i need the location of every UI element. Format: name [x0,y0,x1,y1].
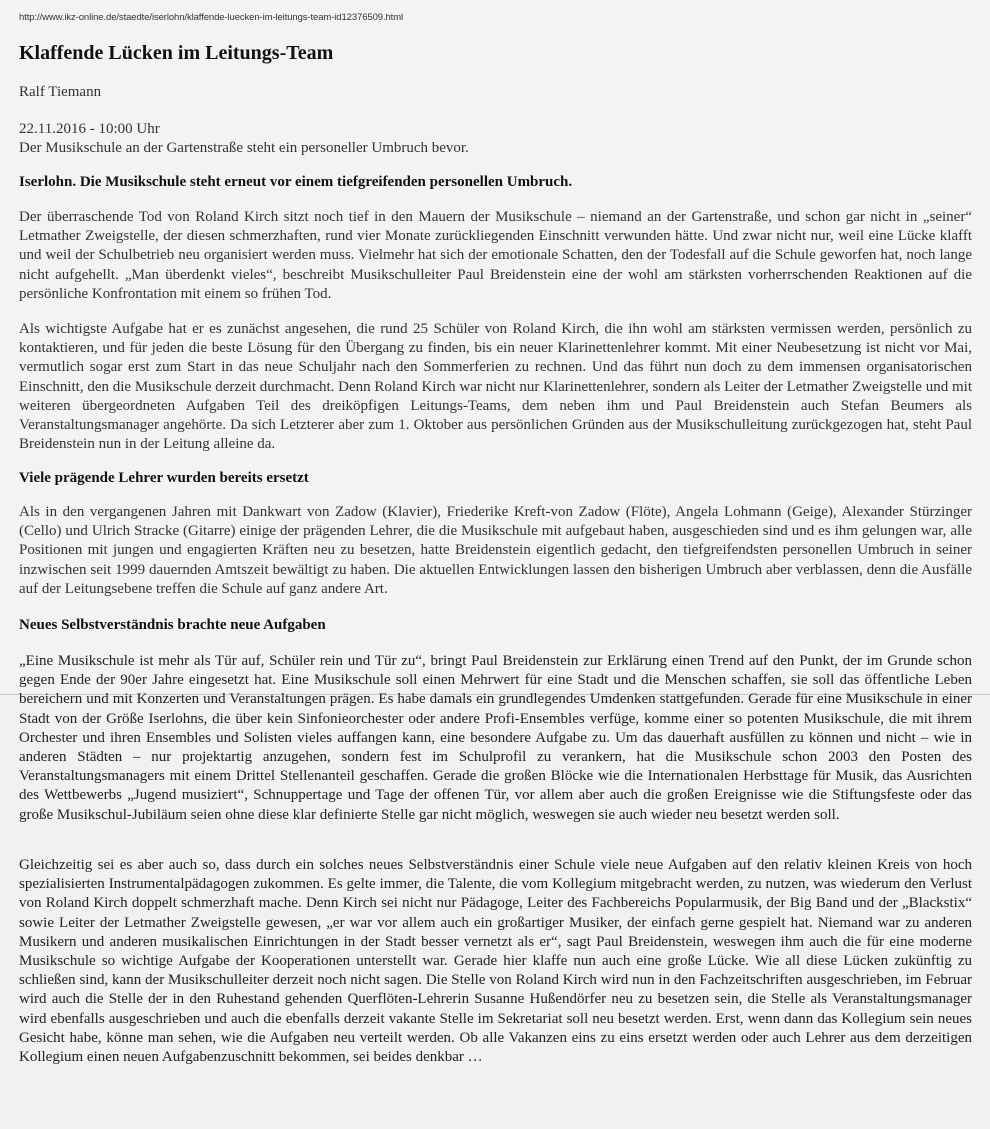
article-title: Klaffende Lücken im Leitungs-Team [19,42,333,65]
article-paragraph: „Eine Musikschule ist mehr als Tür auf, … [19,652,972,825]
article-paragraph: Als wichtigste Aufgabe hat er es zunächs… [19,320,972,454]
article-paragraph: Gleichzeitig sei es aber auch so, dass d… [19,856,972,1067]
article-paragraph: Als in den vergangenen Jahren mit Dankwa… [19,503,972,599]
article-author: Ralf Tiemann [19,84,101,101]
source-url: http://www.ikz-online.de/staedte/iserloh… [19,12,403,23]
article-teaser: Der Musikschule an der Gartenstraße steh… [19,139,469,158]
article-date: 22.11.2016 - 10:00 Uhr [19,120,469,139]
section-heading: Neues Selbstverständnis brachte neue Auf… [19,617,326,634]
article-paragraph: Der überraschende Tod von Roland Kirch s… [19,208,972,304]
article-lead: Iserlohn. Die Musikschule steht erneut v… [19,174,572,191]
article-dateline: 22.11.2016 - 10:00 Uhr Der Musikschule a… [19,120,469,158]
section-heading: Viele prägende Lehrer wurden bereits ers… [19,470,309,487]
